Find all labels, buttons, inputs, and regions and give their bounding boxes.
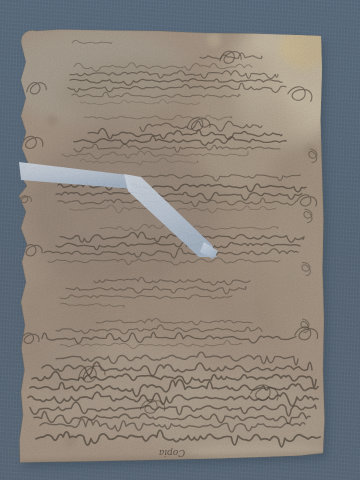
manuscript-photo: Copia	[0, 0, 360, 480]
grain-overlay-light	[0, 0, 360, 480]
photo-background: Copia	[0, 0, 360, 480]
